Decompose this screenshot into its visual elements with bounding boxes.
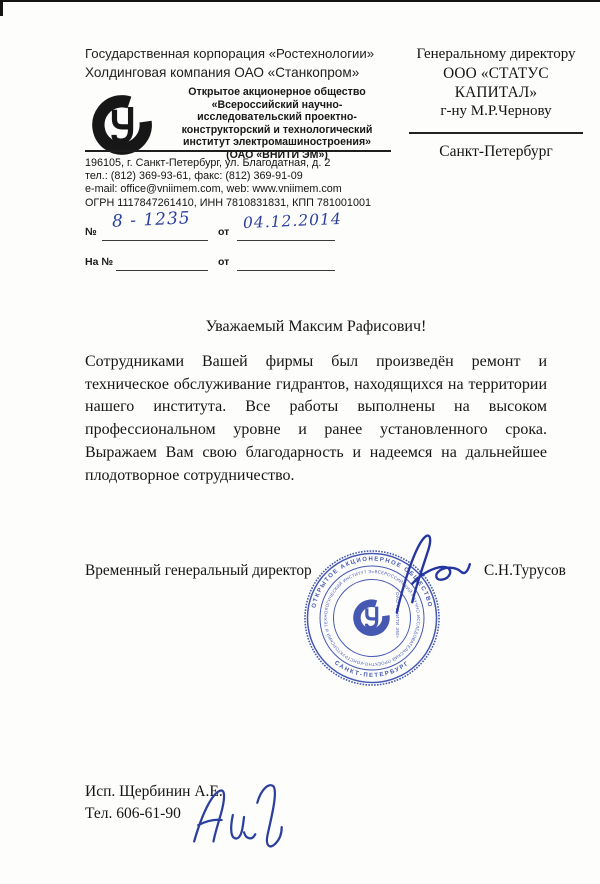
corp-line-2: Холдинговая компания ОАО «Станкопром» bbox=[85, 63, 405, 82]
sender-header: Государственная корпорация «Ростехнологи… bbox=[85, 45, 405, 82]
header-divider-left bbox=[85, 150, 391, 152]
signer-position: Временный генеральный директор bbox=[85, 562, 312, 580]
org-line: конструкторский и технологический bbox=[163, 124, 391, 137]
letter-body: Уважаемый Максим Рафисович! Сотрудниками… bbox=[85, 318, 547, 487]
address-line: e-mail: office@vniimem.com, web: www.vni… bbox=[85, 183, 405, 196]
salutation: Уважаемый Максим Рафисович! bbox=[85, 318, 547, 336]
org-line: «Всероссийский научно- bbox=[163, 99, 391, 112]
addressee-city: Санкт-Петербург bbox=[403, 142, 589, 161]
ref-na-date-line bbox=[237, 254, 335, 271]
scan-edge-artifact-corner bbox=[0, 0, 3, 16]
body-paragraph: Сотрудниками Вашей фирмы был произведён … bbox=[85, 351, 547, 487]
org-line: институт электромашиностроения» bbox=[163, 136, 391, 149]
sender-address-block: 196105, г. Санкт-Петербург, ул. Благодат… bbox=[85, 157, 405, 210]
scanned-letter-page: Государственная корпорация «Ростехнологи… bbox=[0, 0, 600, 884]
addressee-block: Генеральному директору ООО «СТАТУС КАПИТ… bbox=[403, 45, 589, 161]
address-line: ОГРН 1117847261410, ИНН 7810831831, КПП … bbox=[85, 197, 405, 210]
ref-na-no-label: На № bbox=[85, 256, 113, 268]
corp-line-1: Государственная корпорация «Ростехнологи… bbox=[85, 45, 405, 63]
ref-no-label: № bbox=[85, 226, 97, 238]
address-line: тел.: (812) 369-93-61, факс: (812) 369-9… bbox=[85, 170, 405, 183]
handwritten-outgoing-number: 8 - 1235 bbox=[112, 208, 191, 231]
org-line: исследовательский проектно- bbox=[163, 111, 391, 124]
ref-ot-label-2: от bbox=[218, 256, 229, 268]
org-line: Открытое акционерное общество bbox=[163, 86, 391, 99]
signer-name: С.Н.Турусов bbox=[484, 562, 566, 580]
ref-na-no-line bbox=[116, 254, 208, 271]
addressee-person: г-ну М.Р.Чернову bbox=[403, 102, 589, 121]
ref-ot-label: от bbox=[218, 226, 229, 238]
address-line: 196105, г. Санкт-Петербург, ул. Благодат… bbox=[85, 157, 405, 170]
director-signature bbox=[368, 522, 476, 630]
addressee-title: Генеральному директору bbox=[403, 45, 589, 64]
executor-signature bbox=[186, 776, 298, 858]
addressee-divider bbox=[409, 132, 583, 134]
addressee-company: ООО «СТАТУС КАПИТАЛ» bbox=[403, 64, 589, 102]
scan-edge-artifact-top bbox=[0, 0, 600, 2]
